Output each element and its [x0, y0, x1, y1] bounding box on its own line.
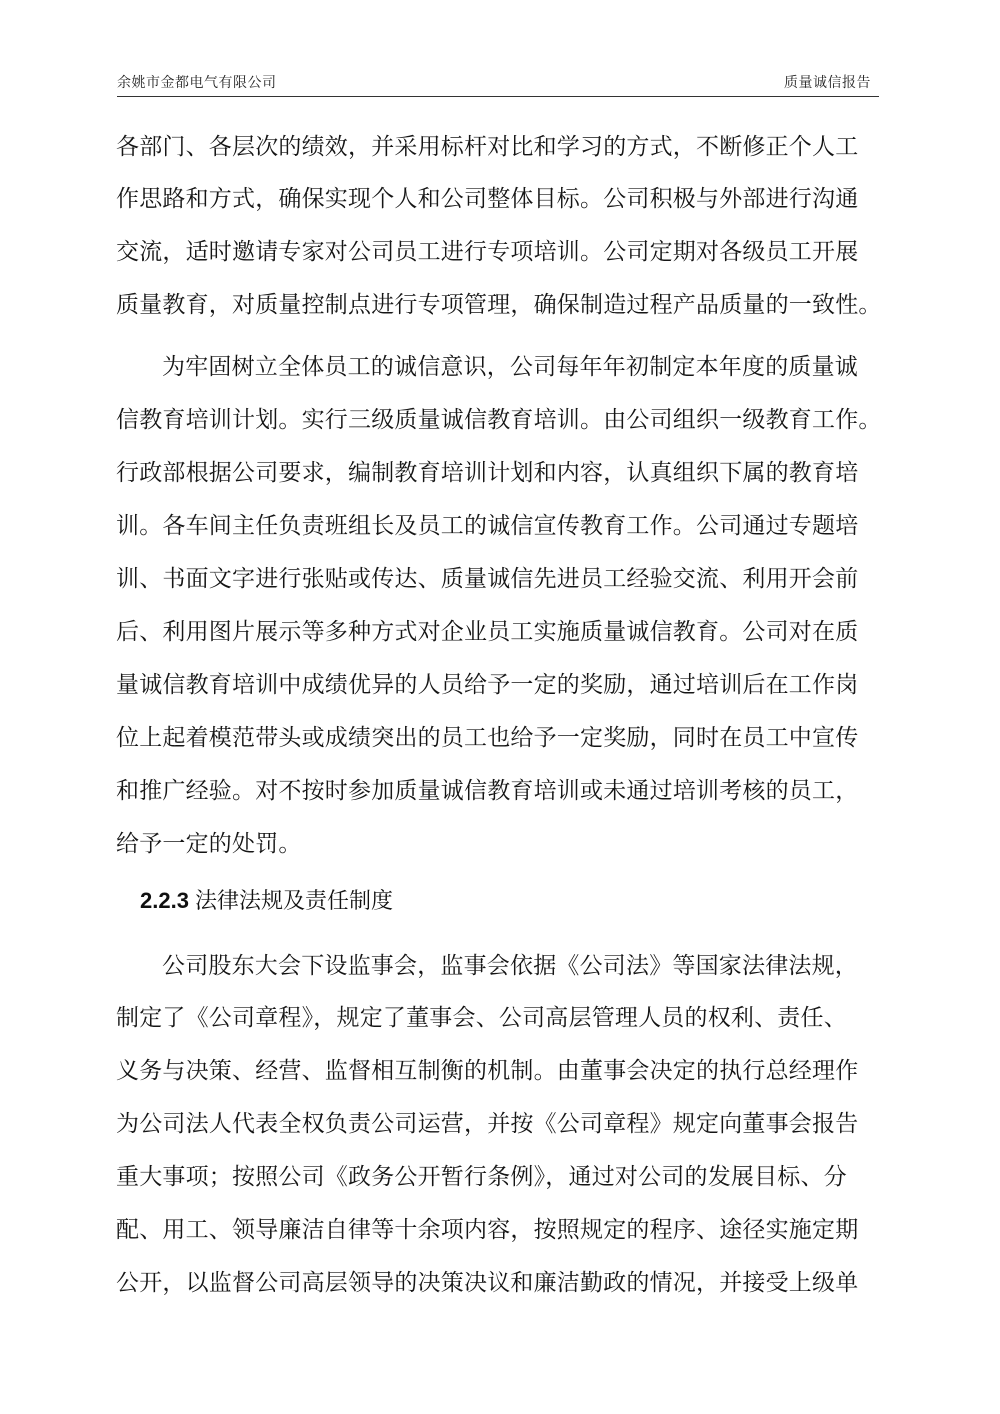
- header-company-name: 余姚市金都电气有限公司: [117, 72, 277, 92]
- text-line: 训、书面文字进行张贴或传达、质量诚信先进员工经验交流、利用开会前: [116, 564, 886, 594]
- text-line: 和推广经验。对不按时参加质量诚信教育培训或未通过培训考核的员工，: [116, 776, 886, 806]
- text-line: 后、利用图片展示等多种方式对企业员工实施质量诚信教育。公司对在质: [116, 617, 886, 647]
- text-line: 各部门、各层次的绩效，并采用标杆对比和学习的方式，不断修正个人工: [116, 132, 886, 162]
- text-line: 训。各车间主任负责班组长及员工的诚信宣传教育工作。公司通过专题培: [116, 511, 886, 541]
- text-line: 给予一定的处罚。: [116, 829, 886, 859]
- section-number: 2.2.3: [140, 888, 189, 913]
- text-line: 信教育培训计划。实行三级质量诚信教育培训。由公司组织一级教育工作。: [116, 405, 886, 435]
- text-line: 位上起着模范带头或成绩突出的员工也给予一定奖励，同时在员工中宣传: [116, 723, 886, 753]
- text-line: 配、用工、领导廉洁自律等十余项内容，按照规定的程序、途径实施定期: [116, 1215, 886, 1245]
- text-line: 为牢固树立全体员工的诚信意识，公司每年年初制定本年度的质量诚: [162, 352, 886, 382]
- text-line: 公开，以监督公司高层领导的决策决议和廉洁勤政的情况，并接受上级单: [116, 1268, 886, 1298]
- text-line: 重大事项；按照公司《政务公开暂行条例》，通过对公司的发展目标、分: [116, 1162, 886, 1192]
- text-line: 量诚信教育培训中成绩优异的人员给予一定的奖励，通过培训后在工作岗: [116, 670, 886, 700]
- text-line: 为公司法人代表全权负责公司运营，并按《公司章程》规定向董事会报告: [116, 1109, 886, 1139]
- section-title: 法律法规及责任制度: [195, 889, 393, 914]
- text-line: 制定了《公司章程》，规定了董事会、公司高层管理人员的权利、责任、: [116, 1003, 886, 1033]
- header-report-title: 质量诚信报告: [784, 72, 871, 92]
- text-line: 质量教育，对质量控制点进行专项管理，确保制造过程产品质量的一致性。: [116, 290, 886, 320]
- page-header: 余姚市金都电气有限公司 质量诚信报告: [117, 68, 879, 97]
- text-line: 公司股东大会下设监事会，监事会依据《公司法》等国家法律法规，: [162, 951, 886, 981]
- text-line: 作思路和方式，确保实现个人和公司整体目标。公司积极与外部进行沟通: [116, 184, 886, 214]
- section-heading: 2.2.3法律法规及责任制度: [140, 886, 393, 917]
- text-line: 行政部根据公司要求，编制教育培训计划和内容，认真组织下属的教育培: [116, 458, 886, 488]
- text-line: 义务与决策、经营、监督相互制衡的机制。由董事会决定的执行总经理作: [116, 1056, 886, 1086]
- text-line: 交流，适时邀请专家对公司员工进行专项培训。公司定期对各级员工开展: [116, 237, 886, 267]
